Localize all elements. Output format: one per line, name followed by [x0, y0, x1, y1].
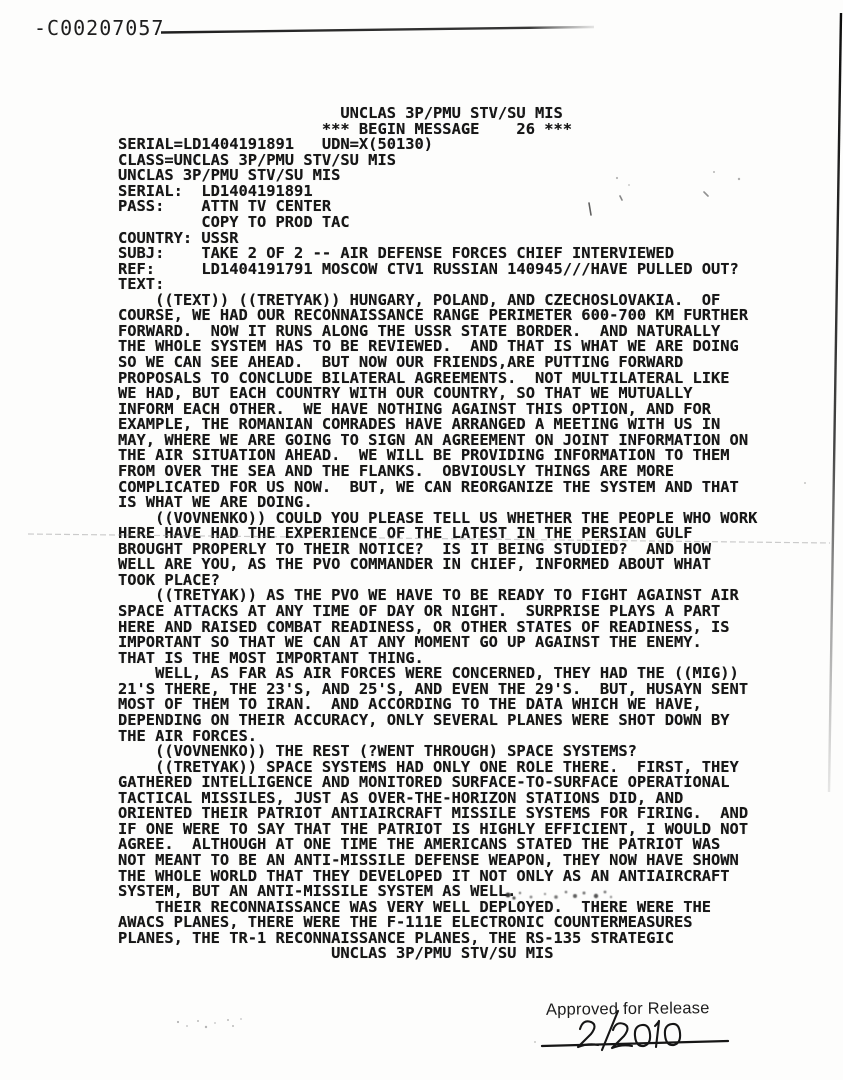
- header-rule: [161, 27, 594, 33]
- stamp-underline: [542, 1041, 728, 1046]
- document-text: UNCLAS 3P/PMU STV/SU MIS *** BEGIN MESSA…: [118, 106, 757, 962]
- approved-for-release-stamp: Approved for Release: [546, 999, 710, 1020]
- speckles-bottom: [177, 1018, 536, 1043]
- scanned-document-page: -C00207057 UNCLAS 3P/PMU STV/SU MIS *** …: [0, 0, 843, 1080]
- document-control-number: -C00207057: [34, 16, 164, 40]
- page-edge-scan-line: [829, 13, 841, 792]
